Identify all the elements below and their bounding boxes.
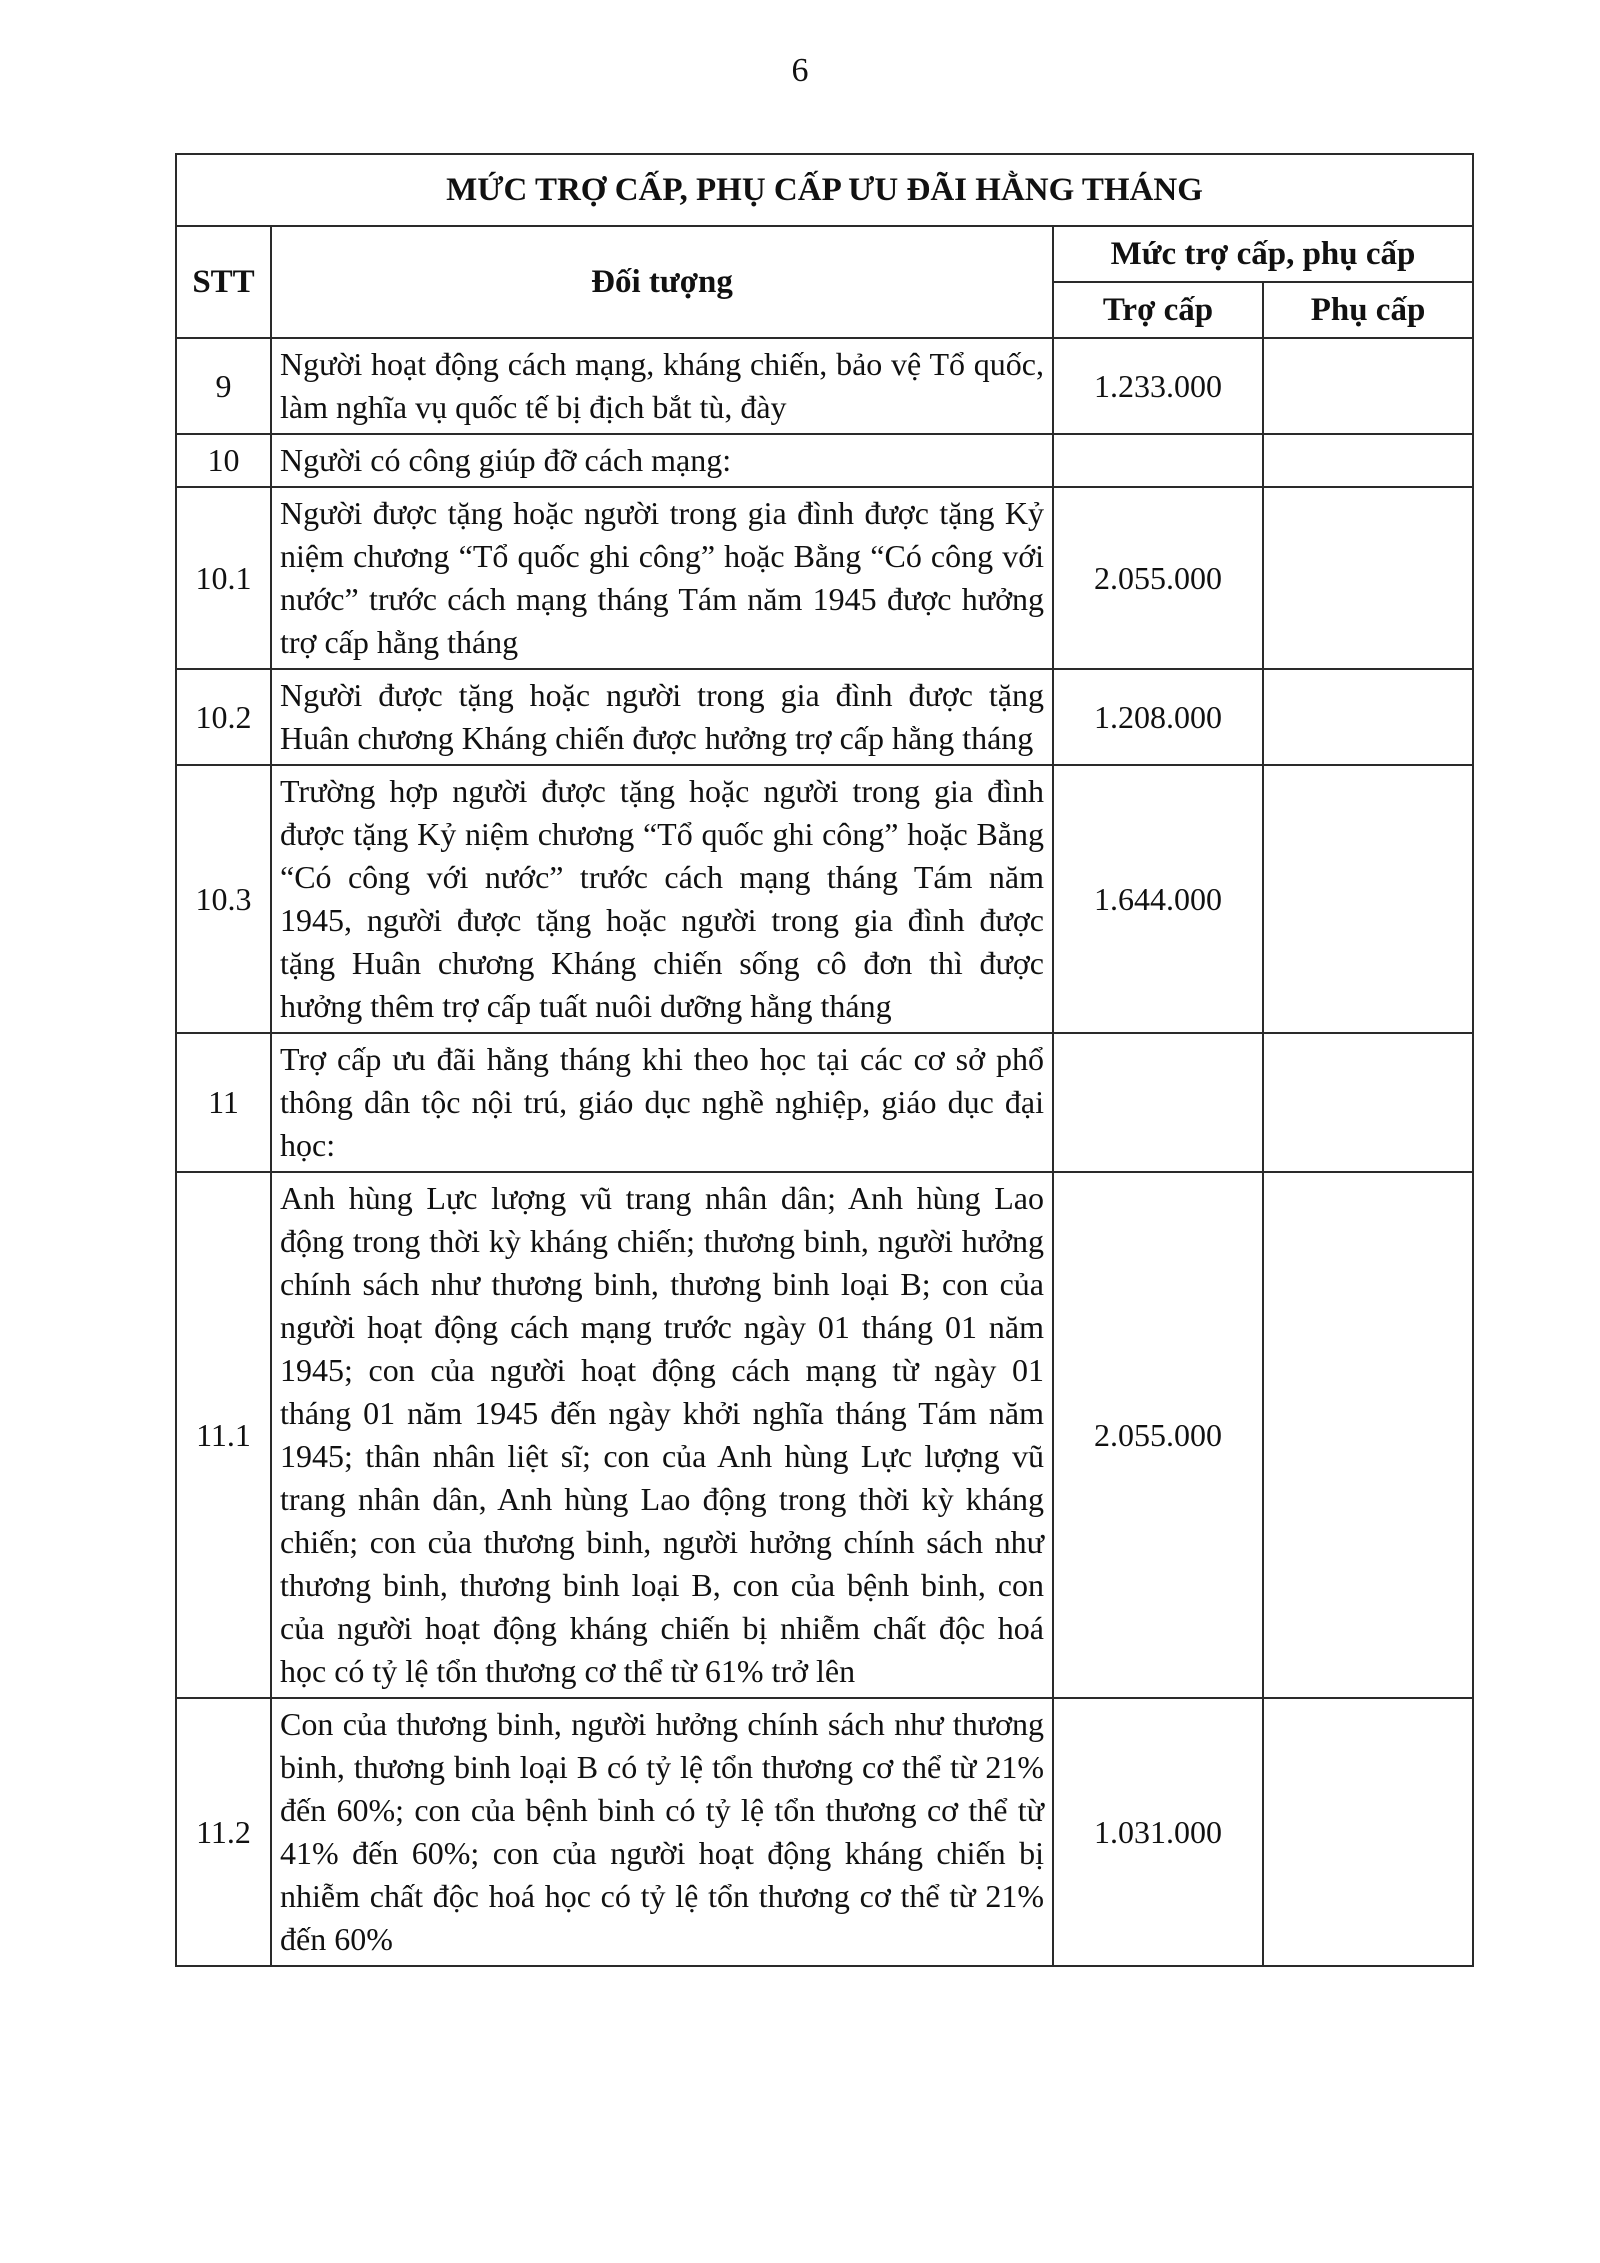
table-row: 10.1Người được tặng hoặc người trong gia… <box>176 487 1473 669</box>
row-subsidy <box>1263 765 1473 1033</box>
table-row: 10.3Trường hợp người được tặng hoặc ngườ… <box>176 765 1473 1033</box>
page-number: 6 <box>0 52 1600 90</box>
table-row: 11.2Con của thương binh, người hưởng chí… <box>176 1698 1473 1966</box>
row-subject: Con của thương binh, người hưởng chính s… <box>271 1698 1053 1966</box>
row-subsidy <box>1263 487 1473 669</box>
table-row: 11.1Anh hùng Lực lượng vũ trang nhân dân… <box>176 1172 1473 1698</box>
row-allowance: 2.055.000 <box>1053 1172 1263 1698</box>
row-stt: 10.1 <box>176 487 271 669</box>
row-subject: Anh hùng Lực lượng vũ trang nhân dân; An… <box>271 1172 1053 1698</box>
table-title: MỨC TRỢ CẤP, PHỤ CẤP ƯU ĐÃI HẰNG THÁNG <box>176 154 1473 226</box>
table-row: 11Trợ cấp ưu đãi hằng tháng khi theo học… <box>176 1033 1473 1172</box>
row-stt: 11.1 <box>176 1172 271 1698</box>
row-allowance: 1.644.000 <box>1053 765 1263 1033</box>
row-stt: 10.2 <box>176 669 271 765</box>
row-subject: Trợ cấp ưu đãi hằng tháng khi theo học t… <box>271 1033 1053 1172</box>
row-allowance: 1.031.000 <box>1053 1698 1263 1966</box>
row-subsidy <box>1263 338 1473 434</box>
row-stt: 11 <box>176 1033 271 1172</box>
row-stt: 10.3 <box>176 765 271 1033</box>
allowance-table: MỨC TRỢ CẤP, PHỤ CẤP ƯU ĐÃI HẰNG THÁNG S… <box>175 153 1474 1967</box>
row-allowance: 1.233.000 <box>1053 338 1263 434</box>
table-row: 10.2Người được tặng hoặc người trong gia… <box>176 669 1473 765</box>
row-subject: Người hoạt động cách mạng, kháng chiến, … <box>271 338 1053 434</box>
row-stt: 10 <box>176 434 271 487</box>
row-allowance: 1.208.000 <box>1053 669 1263 765</box>
table-row: 9Người hoạt động cách mạng, kháng chiến,… <box>176 338 1473 434</box>
row-subject: Người có công giúp đỡ cách mạng: <box>271 434 1053 487</box>
header-subject: Đối tượng <box>271 226 1053 338</box>
header-stt: STT <box>176 226 271 338</box>
header-level-group: Mức trợ cấp, phụ cấp <box>1053 226 1473 282</box>
row-subject: Trường hợp người được tặng hoặc người tr… <box>271 765 1053 1033</box>
row-subsidy <box>1263 1172 1473 1698</box>
row-stt: 9 <box>176 338 271 434</box>
row-subject: Người được tặng hoặc người trong gia đìn… <box>271 669 1053 765</box>
row-subsidy <box>1263 1033 1473 1172</box>
row-subsidy <box>1263 669 1473 765</box>
row-subject: Người được tặng hoặc người trong gia đìn… <box>271 487 1053 669</box>
header-allowance: Trợ cấp <box>1053 282 1263 338</box>
row-allowance <box>1053 434 1263 487</box>
row-subsidy <box>1263 1698 1473 1966</box>
header-subsidy: Phụ cấp <box>1263 282 1473 338</box>
row-subsidy <box>1263 434 1473 487</box>
row-stt: 11.2 <box>176 1698 271 1966</box>
table-row: 10Người có công giúp đỡ cách mạng: <box>176 434 1473 487</box>
row-allowance: 2.055.000 <box>1053 487 1263 669</box>
row-allowance <box>1053 1033 1263 1172</box>
